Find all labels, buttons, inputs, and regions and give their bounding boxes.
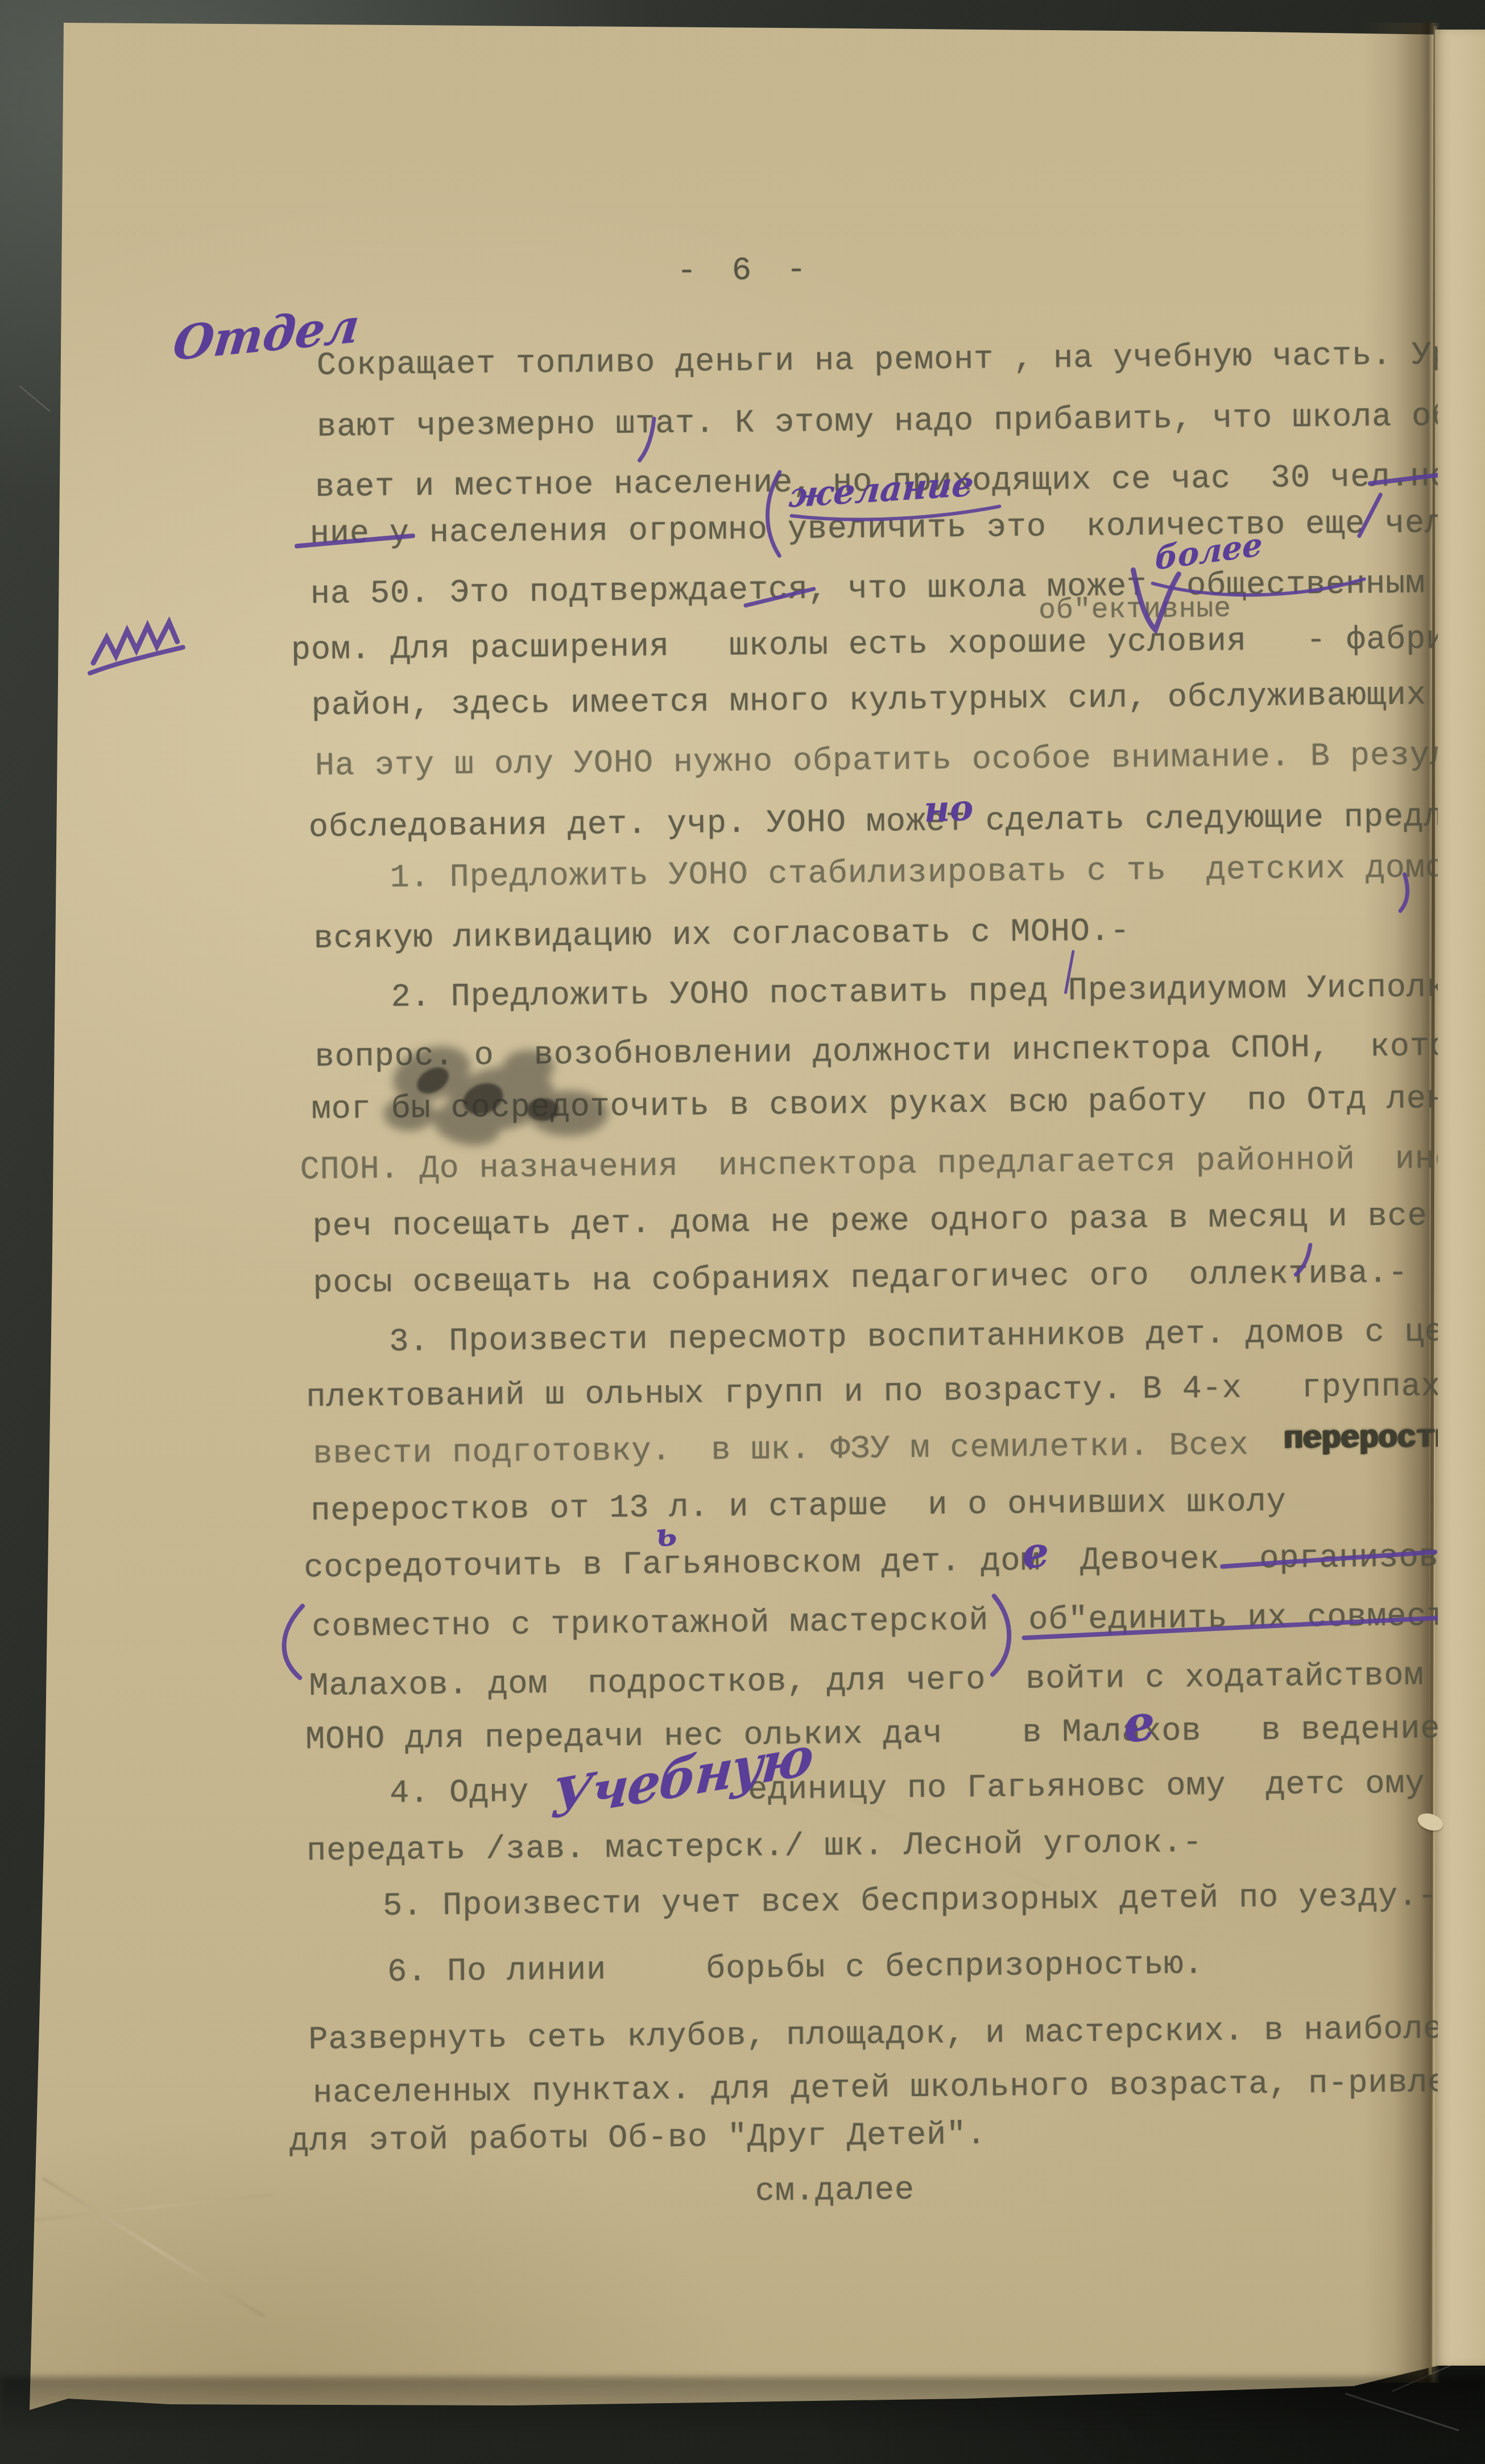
strikethrough-nie	[297, 536, 413, 546]
strikethrough-obedinit	[1024, 1618, 1439, 1638]
strikethrough-sya	[746, 589, 814, 606]
inserted-comma-mark-2	[1296, 1245, 1310, 1274]
handwritten-paren-close	[992, 1596, 1010, 1674]
ink-blot	[383, 1036, 609, 1153]
annotation-flourish	[1153, 579, 1364, 596]
inserted-comma-mark	[639, 419, 655, 460]
vertical-mark-presidium	[1065, 951, 1074, 992]
insertion-slash	[1359, 495, 1381, 536]
ink-clip-region: - 6 - Сокращает топливо деньги на ремонт…	[0, 0, 1485, 2464]
adjacent-page-edge	[1435, 30, 1485, 2366]
annotation-underline	[791, 506, 999, 520]
insertion-paren	[767, 472, 780, 556]
insertion-caret-v	[1133, 569, 1179, 630]
margin-tick	[1400, 875, 1408, 911]
typed-and-handwritten-ink: - 6 - Сокращает топливо деньги на ремонт…	[0, 0, 1485, 2464]
annotation-marks	[0, 0, 1485, 2464]
handwritten-paren-open	[284, 1606, 303, 1678]
strikethrough-organizovat	[1222, 1552, 1435, 1567]
archival-photo: { "page": { "number": "- 6 -" }, "typed"…	[0, 0, 1485, 2464]
